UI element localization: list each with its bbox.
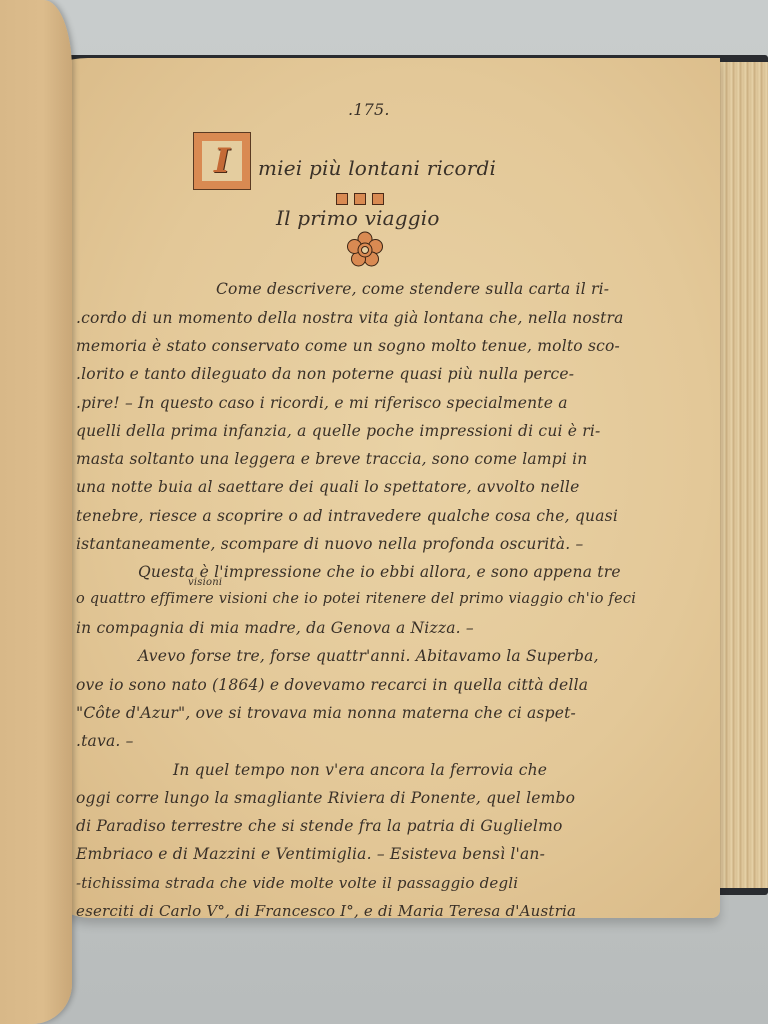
text-line: masta soltanto una leggera e breve tracc… <box>76 450 587 468</box>
ornament-square-icon <box>336 193 348 205</box>
text-line: istantaneamente, scompare di nuovo nella… <box>76 535 583 553</box>
text-line: Avevo forse tre, forse quattr'anni. Abit… <box>138 647 599 665</box>
illuminated-initial: I <box>194 133 250 189</box>
text-line: In quel tempo non v'era ancora la ferrov… <box>173 761 547 779</box>
text-line: .cordo di un momento della nostra vita g… <box>76 309 624 327</box>
text-line: oggi corre lungo la smagliante Riviera d… <box>76 789 575 807</box>
text-line: tenebre, riesce a scoprire o ad intraved… <box>76 507 618 525</box>
text-line: .tava. – <box>76 732 134 750</box>
left-page-edge <box>0 0 72 1024</box>
interlinear-note: visioni <box>188 577 222 588</box>
text-line: .pire! – In questo caso i ricordi, e mi … <box>76 394 568 412</box>
text-line: quelli della prima infanzia, a quelle po… <box>76 422 601 440</box>
ornament-square-icon <box>372 193 384 205</box>
text-line: una notte buia al saettare dei quali lo … <box>76 478 579 496</box>
chapter-title: miei più lontani ricordi <box>258 156 496 180</box>
chapter-subtitle: Il primo viaggio <box>276 206 440 230</box>
text-line: Come descrivere, come stendere sulla car… <box>216 280 609 298</box>
text-line: in compagnia di mia madre, da Genova a N… <box>76 619 474 637</box>
ornament-squares <box>336 193 384 205</box>
manuscript-page: .175. I miei più lontani ricordi Il prim… <box>48 58 720 918</box>
text-line: eserciti di Carlo V°, di Francesco I°, e… <box>76 902 576 920</box>
text-line: ove io sono nato (1864) e dovevamo recar… <box>76 676 588 694</box>
ornament-square-icon <box>354 193 366 205</box>
initial-letter: I <box>214 144 230 178</box>
text-line: Embriaco e di Mazzini e Ventimiglia. – E… <box>76 845 545 863</box>
text-line: -tichissima strada che vide molte volte … <box>76 874 518 892</box>
text-line: di Paradiso terrestre che si stende fra … <box>76 817 563 835</box>
text-line: .lorito e tanto dileguato da non poterne… <box>76 365 574 383</box>
rosette-ornament-icon <box>345 230 385 270</box>
text-line: "Côte d'Azur", ove si trovava mia nonna … <box>76 704 576 722</box>
page-edges <box>715 62 768 888</box>
page-number: .175. <box>348 100 390 119</box>
text-line: o quattro effimere visioni che io potei … <box>76 591 636 607</box>
text-line: memoria è stato conservato come un sogno… <box>76 337 620 355</box>
